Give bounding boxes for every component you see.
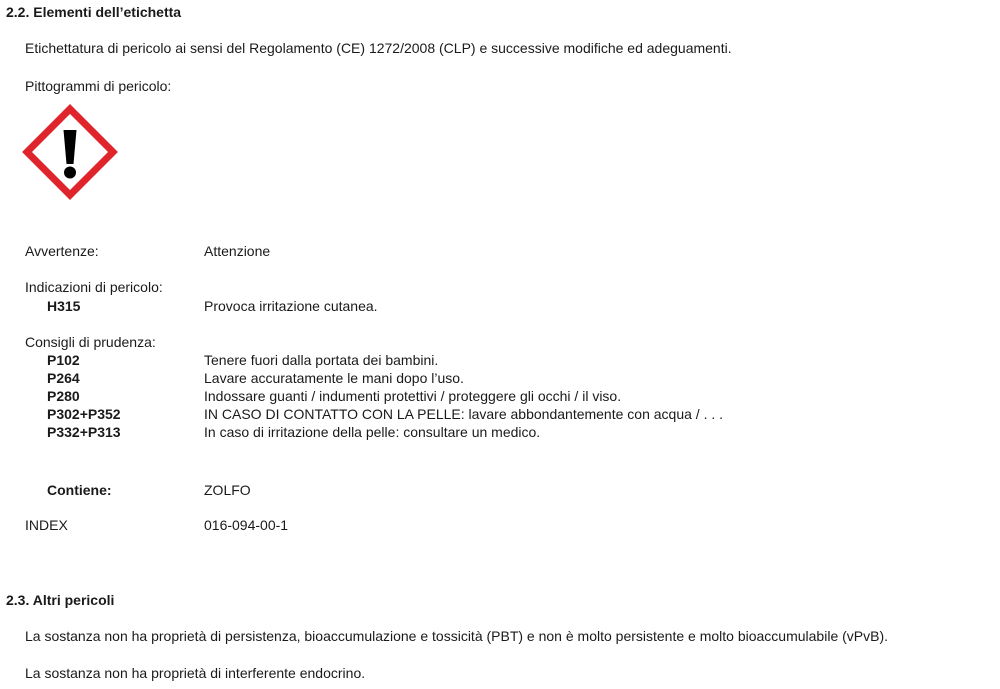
precaution-code: P102	[47, 352, 80, 368]
precaution-text: Tenere fuori dalla portata dei bambini.	[204, 352, 438, 368]
hazard-code: H315	[47, 298, 80, 314]
signal-word-value: Attenzione	[204, 243, 270, 259]
index-value: 016-094-00-1	[204, 517, 288, 533]
precaution-code: P302+P352	[47, 406, 121, 422]
precaution-code: P264	[47, 370, 80, 386]
hazard-text: Provoca irritazione cutanea.	[204, 298, 378, 314]
precaution-code: P332+P313	[47, 424, 121, 440]
precaution-text: In caso di irritazione della pelle: cons…	[204, 424, 540, 440]
precautionary-statements-label: Consigli di prudenza:	[25, 334, 156, 350]
signal-word-label: Avvertenze:	[25, 243, 99, 259]
precaution-text: IN CASO DI CONTATTO CON LA PELLE: lavare…	[204, 406, 723, 422]
pictograms-label: Pittogrammi di pericolo:	[25, 78, 171, 94]
exclamation-mark-hazard-icon	[22, 104, 118, 200]
endocrine-statement: La sostanza non ha proprietà di interfer…	[25, 665, 365, 681]
pbt-statement: La sostanza non ha proprietà di persiste…	[25, 628, 888, 644]
index-label: INDEX	[25, 517, 68, 533]
clp-intro-text: Etichettatura di pericolo ai sensi del R…	[25, 40, 732, 56]
section-2-3-heading: 2.3. Altri pericoli	[6, 592, 114, 608]
precaution-text: Lavare accuratamente le mani dopo l’uso.	[204, 370, 464, 386]
hazard-statements-label: Indicazioni di pericolo:	[25, 279, 163, 295]
contains-value: ZOLFO	[204, 482, 251, 498]
precaution-code: P280	[47, 388, 80, 404]
precaution-text: Indossare guanti / indumenti protettivi …	[204, 388, 621, 404]
contains-label: Contiene:	[47, 482, 112, 498]
section-2-2-heading: 2.2. Elementi dell’etichetta	[6, 4, 181, 20]
